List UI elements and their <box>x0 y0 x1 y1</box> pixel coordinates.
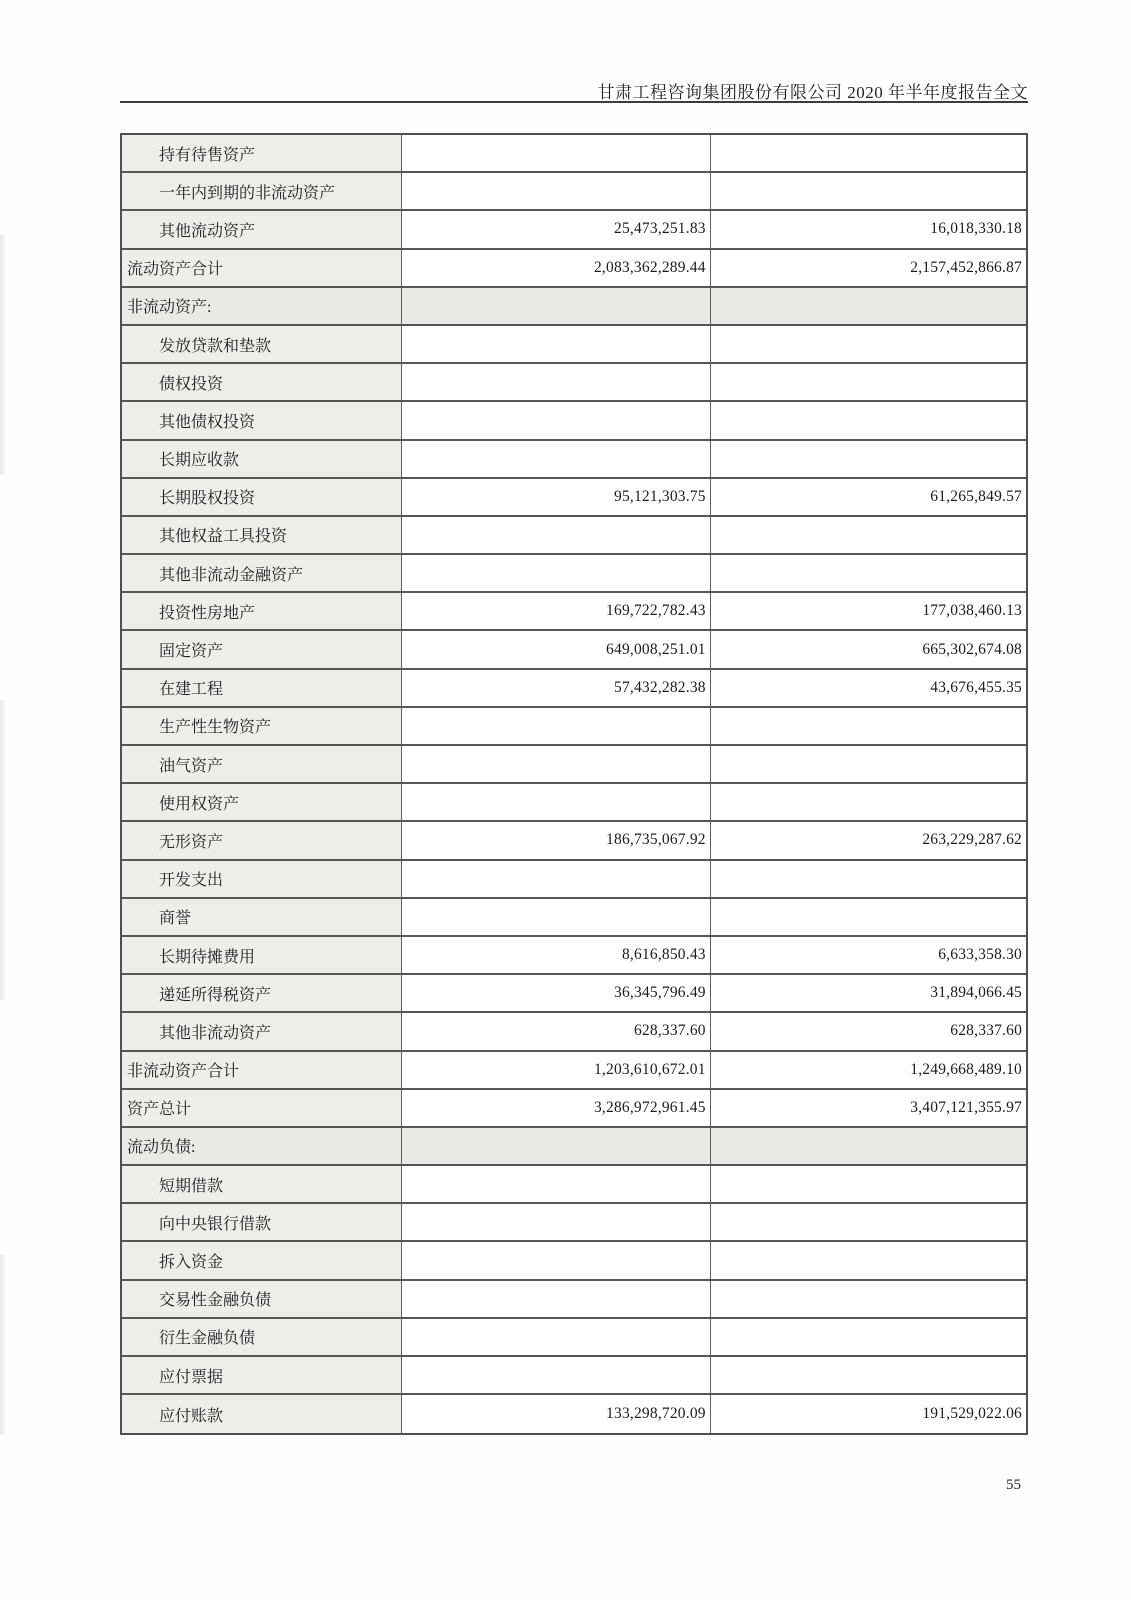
amount-cell-current <box>402 784 710 820</box>
amount-current: 1,203,610,672.01 <box>594 1061 706 1079</box>
amount-prior: 191,529,022.06 <box>922 1405 1022 1423</box>
report-header-title: 甘肃工程咨询集团股份有限公司 2020 年半年度报告全文 <box>120 78 1028 103</box>
label-cell: 非流动资产合计 <box>122 1052 402 1088</box>
amount-cell-prior <box>711 1166 1026 1202</box>
amount-cell-current <box>402 402 710 438</box>
row-label: 其他权益工具投资 <box>159 523 287 546</box>
table-row: 资产总计3,286,972,961.453,407,121,355.97 <box>122 1090 1026 1128</box>
amount-cell-prior: 3,407,121,355.97 <box>711 1090 1026 1126</box>
amount-cell-current <box>402 708 710 744</box>
amount-prior: 2,157,452,866.87 <box>910 259 1022 277</box>
amount-cell-current: 8,616,850.43 <box>402 937 710 973</box>
amount-cell-current <box>402 555 710 591</box>
amount-cell-prior: 177,038,460.13 <box>711 593 1026 629</box>
amount-cell-prior <box>711 1242 1026 1278</box>
amount-cell-current <box>402 1357 710 1393</box>
amount-cell-current <box>402 1242 710 1278</box>
amount-cell-current: 186,735,067.92 <box>402 822 710 858</box>
table-row: 长期应收款 <box>122 441 1026 479</box>
table-row: 非流动资产: <box>122 288 1026 326</box>
row-label: 商誉 <box>159 905 191 928</box>
label-cell: 开发支出 <box>122 861 402 897</box>
label-cell: 长期股权投资 <box>122 479 402 515</box>
amount-prior: 628,337.60 <box>950 1022 1022 1040</box>
row-label: 流动负债: <box>127 1134 195 1157</box>
label-cell: 应付账款 <box>122 1395 402 1433</box>
amount-cell-prior <box>711 517 1026 553</box>
table-row: 其他债权投资 <box>122 402 1026 440</box>
label-cell: 长期应收款 <box>122 441 402 477</box>
label-cell: 递延所得税资产 <box>122 975 402 1011</box>
label-cell: 拆入资金 <box>122 1242 402 1278</box>
table-row: 非流动资产合计1,203,610,672.011,249,668,489.10 <box>122 1052 1026 1090</box>
label-cell: 流动资产合计 <box>122 250 402 286</box>
label-cell: 生产性生物资产 <box>122 708 402 744</box>
amount-cell-current <box>402 1128 710 1164</box>
header-rule <box>120 101 1028 103</box>
table-row: 交易性金融负债 <box>122 1281 1026 1319</box>
row-label: 开发支出 <box>159 867 223 890</box>
row-label: 其他非流动资产 <box>159 1020 271 1043</box>
amount-cell-current <box>402 441 710 477</box>
amount-current: 133,298,720.09 <box>606 1405 706 1423</box>
label-cell: 油气资产 <box>122 746 402 782</box>
row-label: 其他债权投资 <box>159 409 255 432</box>
balance-sheet-table: 持有待售资产一年内到期的非流动资产其他流动资产25,473,251.8316,0… <box>120 133 1028 1435</box>
label-cell: 一年内到期的非流动资产 <box>122 173 402 209</box>
table-row: 债权投资 <box>122 364 1026 402</box>
amount-prior: 3,407,121,355.97 <box>910 1099 1022 1117</box>
row-label: 应付票据 <box>159 1364 223 1387</box>
amount-prior: 177,038,460.13 <box>922 602 1022 620</box>
amount-cell-current <box>402 288 710 324</box>
row-label: 长期待摊费用 <box>159 944 255 967</box>
table-row: 其他流动资产25,473,251.8316,018,330.18 <box>122 211 1026 249</box>
amount-cell-prior: 2,157,452,866.87 <box>711 250 1026 286</box>
amount-prior: 43,676,455.35 <box>930 679 1022 697</box>
amount-cell-prior <box>711 135 1026 171</box>
table-row: 商誉 <box>122 899 1026 937</box>
amount-cell-current: 1,203,610,672.01 <box>402 1052 710 1088</box>
scan-artifact <box>0 1255 6 1435</box>
page-number: 55 <box>1006 1477 1021 1494</box>
amount-cell-prior: 628,337.60 <box>711 1013 1026 1049</box>
label-cell: 其他债权投资 <box>122 402 402 438</box>
row-label: 长期股权投资 <box>159 485 255 508</box>
label-cell: 衍生金融负债 <box>122 1319 402 1355</box>
amount-current: 2,083,362,289.44 <box>594 259 706 277</box>
amount-cell-prior: 191,529,022.06 <box>711 1395 1026 1433</box>
row-label: 向中央银行借款 <box>159 1211 271 1234</box>
label-cell: 非流动资产: <box>122 288 402 324</box>
table-row: 其他非流动资产628,337.60628,337.60 <box>122 1013 1026 1051</box>
amount-cell-current: 57,432,282.38 <box>402 670 710 706</box>
amount-current: 57,432,282.38 <box>614 679 706 697</box>
row-label: 固定资产 <box>159 638 223 661</box>
table-row: 长期股权投资95,121,303.7561,265,849.57 <box>122 479 1026 517</box>
label-cell: 向中央银行借款 <box>122 1204 402 1240</box>
amount-cell-current <box>402 517 710 553</box>
amount-cell-prior <box>711 708 1026 744</box>
amount-current: 36,345,796.49 <box>614 984 706 1002</box>
table-row: 拆入资金 <box>122 1242 1026 1280</box>
amount-cell-prior <box>711 1128 1026 1164</box>
row-label: 无形资产 <box>159 829 223 852</box>
amount-cell-prior <box>711 288 1026 324</box>
amount-cell-prior: 1,249,668,489.10 <box>711 1052 1026 1088</box>
amount-cell-current <box>402 135 710 171</box>
amount-prior: 61,265,849.57 <box>930 488 1022 506</box>
label-cell: 资产总计 <box>122 1090 402 1126</box>
amount-cell-prior <box>711 1204 1026 1240</box>
amount-cell-prior <box>711 1357 1026 1393</box>
amount-prior: 1,249,668,489.10 <box>910 1061 1022 1079</box>
row-label: 发放贷款和垫款 <box>159 333 271 356</box>
amount-cell-prior <box>711 555 1026 591</box>
amount-current: 8,616,850.43 <box>622 946 706 964</box>
amount-cell-prior <box>711 173 1026 209</box>
row-label: 长期应收款 <box>159 447 239 470</box>
amount-cell-prior <box>711 1319 1026 1355</box>
label-cell: 债权投资 <box>122 364 402 400</box>
amount-cell-prior: 16,018,330.18 <box>711 211 1026 247</box>
amount-cell-current <box>402 326 710 362</box>
row-label: 债权投资 <box>159 371 223 394</box>
label-cell: 固定资产 <box>122 631 402 667</box>
table-row: 一年内到期的非流动资产 <box>122 173 1026 211</box>
amount-cell-current <box>402 899 710 935</box>
label-cell: 其他非流动金融资产 <box>122 555 402 591</box>
row-label: 递延所得税资产 <box>159 982 271 1005</box>
row-label: 一年内到期的非流动资产 <box>159 180 335 203</box>
amount-cell-prior <box>711 402 1026 438</box>
row-label: 其他流动资产 <box>159 218 255 241</box>
table-row: 其他权益工具投资 <box>122 517 1026 555</box>
table-row: 无形资产186,735,067.92263,229,287.62 <box>122 822 1026 860</box>
scan-artifact <box>0 235 6 475</box>
amount-cell-current <box>402 173 710 209</box>
label-cell: 持有待售资产 <box>122 135 402 171</box>
row-label: 油气资产 <box>159 753 223 776</box>
amount-cell-prior <box>711 861 1026 897</box>
amount-cell-current: 169,722,782.43 <box>402 593 710 629</box>
row-label: 非流动资产合计 <box>127 1058 239 1081</box>
amount-cell-prior: 31,894,066.45 <box>711 975 1026 1011</box>
label-cell: 无形资产 <box>122 822 402 858</box>
label-cell: 其他非流动资产 <box>122 1013 402 1049</box>
row-label: 流动资产合计 <box>127 256 223 279</box>
amount-prior: 263,229,287.62 <box>922 831 1022 849</box>
amount-cell-current <box>402 1319 710 1355</box>
table-row: 流动负债: <box>122 1128 1026 1166</box>
table-row: 生产性生物资产 <box>122 708 1026 746</box>
table-row: 在建工程57,432,282.3843,676,455.35 <box>122 670 1026 708</box>
row-label: 资产总计 <box>127 1096 191 1119</box>
table-row: 短期借款 <box>122 1166 1026 1204</box>
label-cell: 应付票据 <box>122 1357 402 1393</box>
amount-current: 186,735,067.92 <box>606 831 706 849</box>
amount-current: 95,121,303.75 <box>614 488 706 506</box>
table-row: 开发支出 <box>122 861 1026 899</box>
amount-cell-current: 2,083,362,289.44 <box>402 250 710 286</box>
table-row: 长期待摊费用8,616,850.436,633,358.30 <box>122 937 1026 975</box>
table-row: 衍生金融负债 <box>122 1319 1026 1357</box>
amount-cell-prior: 43,676,455.35 <box>711 670 1026 706</box>
amount-cell-current <box>402 364 710 400</box>
amount-prior: 31,894,066.45 <box>930 984 1022 1002</box>
table-row: 固定资产649,008,251.01665,302,674.08 <box>122 631 1026 669</box>
label-cell: 发放贷款和垫款 <box>122 326 402 362</box>
table-row: 向中央银行借款 <box>122 1204 1026 1242</box>
amount-cell-prior: 263,229,287.62 <box>711 822 1026 858</box>
row-label: 使用权资产 <box>159 791 239 814</box>
amount-cell-prior <box>711 364 1026 400</box>
amount-cell-prior <box>711 746 1026 782</box>
row-label: 在建工程 <box>159 676 223 699</box>
label-cell: 其他流动资产 <box>122 211 402 247</box>
amount-current: 628,337.60 <box>634 1022 706 1040</box>
amount-current: 169,722,782.43 <box>606 602 706 620</box>
amount-cell-current: 649,008,251.01 <box>402 631 710 667</box>
amount-current: 649,008,251.01 <box>606 641 706 659</box>
row-label: 衍生金融负债 <box>159 1325 255 1348</box>
label-cell: 长期待摊费用 <box>122 937 402 973</box>
row-label: 应付账款 <box>159 1403 223 1426</box>
amount-cell-prior <box>711 441 1026 477</box>
row-label: 拆入资金 <box>159 1249 223 1272</box>
row-label: 其他非流动金融资产 <box>159 562 303 585</box>
label-cell: 其他权益工具投资 <box>122 517 402 553</box>
amount-cell-prior <box>711 1281 1026 1317</box>
row-label: 持有待售资产 <box>159 142 255 165</box>
table-row: 油气资产 <box>122 746 1026 784</box>
label-cell: 流动负债: <box>122 1128 402 1164</box>
row-label: 非流动资产: <box>127 294 211 317</box>
amount-cell-prior: 61,265,849.57 <box>711 479 1026 515</box>
table-row: 其他非流动金融资产 <box>122 555 1026 593</box>
scan-artifact <box>0 700 6 1000</box>
document-page: 甘肃工程咨询集团股份有限公司 2020 年半年度报告全文 持有待售资产一年内到期… <box>0 0 1131 1600</box>
amount-cell-current <box>402 1166 710 1202</box>
amount-cell-current <box>402 1281 710 1317</box>
amount-cell-current: 628,337.60 <box>402 1013 710 1049</box>
label-cell: 短期借款 <box>122 1166 402 1202</box>
table-row: 发放贷款和垫款 <box>122 326 1026 364</box>
table-row: 投资性房地产169,722,782.43177,038,460.13 <box>122 593 1026 631</box>
amount-cell-current <box>402 1204 710 1240</box>
row-label: 交易性金融负债 <box>159 1287 271 1310</box>
amount-cell-current <box>402 861 710 897</box>
table-row: 应付票据 <box>122 1357 1026 1395</box>
amount-cell-current: 36,345,796.49 <box>402 975 710 1011</box>
amount-cell-prior: 665,302,674.08 <box>711 631 1026 667</box>
label-cell: 使用权资产 <box>122 784 402 820</box>
table-row: 递延所得税资产36,345,796.4931,894,066.45 <box>122 975 1026 1013</box>
row-label: 投资性房地产 <box>159 600 255 623</box>
amount-cell-prior <box>711 784 1026 820</box>
label-cell: 交易性金融负债 <box>122 1281 402 1317</box>
row-label: 生产性生物资产 <box>159 714 271 737</box>
amount-cell-current: 133,298,720.09 <box>402 1395 710 1433</box>
label-cell: 商誉 <box>122 899 402 935</box>
amount-cell-current: 95,121,303.75 <box>402 479 710 515</box>
label-cell: 投资性房地产 <box>122 593 402 629</box>
table-row: 使用权资产 <box>122 784 1026 822</box>
amount-cell-current: 25,473,251.83 <box>402 211 710 247</box>
label-cell: 在建工程 <box>122 670 402 706</box>
amount-prior: 665,302,674.08 <box>922 641 1022 659</box>
amount-cell-prior <box>711 899 1026 935</box>
row-label: 短期借款 <box>159 1173 223 1196</box>
amount-prior: 16,018,330.18 <box>930 220 1022 238</box>
table-row: 流动资产合计2,083,362,289.442,157,452,866.87 <box>122 250 1026 288</box>
amount-cell-current: 3,286,972,961.45 <box>402 1090 710 1126</box>
amount-current: 3,286,972,961.45 <box>594 1099 706 1117</box>
table-row: 应付账款133,298,720.09191,529,022.06 <box>122 1395 1026 1433</box>
table-row: 持有待售资产 <box>122 135 1026 173</box>
amount-prior: 6,633,358.30 <box>938 946 1022 964</box>
amount-current: 25,473,251.83 <box>614 220 706 238</box>
amount-cell-current <box>402 746 710 782</box>
amount-cell-prior <box>711 326 1026 362</box>
amount-cell-prior: 6,633,358.30 <box>711 937 1026 973</box>
